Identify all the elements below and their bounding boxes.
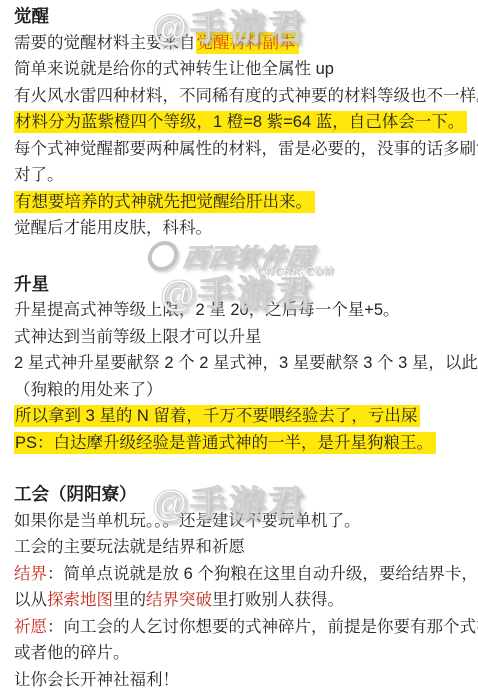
text-line: 如果你是当单机玩。。。还是建议不要玩单机了。 [14, 508, 472, 535]
article-page: @手游君 西西软件园 CNCRK.COM @手游君 @手游君 觉醒 需要的觉醒材… [0, 0, 478, 690]
text-segment: 式神达到当前等级上限才可以升星 [14, 328, 262, 346]
text-line: 材料分为蓝紫橙四个等级，1 橙=8 紫=64 蓝，自己体会一下。 [14, 109, 472, 136]
section-heading-awakening: 觉醒 [14, 3, 472, 30]
text-line: 所以拿到 3 星的 N 留着，千万不要喂经验去了，亏出屎 [14, 403, 472, 430]
highlight-red-segment: 觉醒材料副本 [196, 32, 299, 54]
text-line: 工会的主要玩法就是结界和祈愿 [14, 534, 472, 561]
text-line: 升星提高式神等级上限，2 星 20，之后每一个星+5。 [14, 297, 472, 324]
section-heading-guild: 工会（阴阳寮） [14, 481, 472, 508]
text-segment: 里打败别人获得。 [212, 591, 344, 609]
text-segment: 每个式神觉醒都要两种属性的材料，雷是必要的，没事的话多刷雷就 [14, 140, 478, 158]
text-segment: 有火风水雷四种材料，不同稀有度的式神要的材料等级也不一样。 [14, 87, 478, 105]
text-line: 有想要培养的式神就先把觉醒给肝出来。 [14, 189, 472, 216]
red-term-segment: 结界 [14, 565, 47, 583]
text-line: 祈愿：向工会的人乞讨你想要的式神碎片，前提是你要有那个式神， [14, 614, 472, 641]
text-segment: ：简单点说就是放 6 个狗粮在这里自动升级，要给结界卡，卡可 [47, 565, 478, 583]
text-line: 简单来说就是给你的式神转生让他全属性 up [14, 56, 472, 83]
text-line: 有火风水雷四种材料，不同稀有度的式神要的材料等级也不一样。 [14, 83, 472, 110]
text-segment: 2 星式神升星要献祭 2 个 2 星式神，3 星要献祭 3 个 3 星，以此类推 [14, 354, 478, 372]
text-line: 式神达到当前等级上限才可以升星 [14, 324, 472, 351]
section-star-up: 升星 升星提高式神等级上限，2 星 20，之后每一个星+5。 式神达到当前等级上… [14, 271, 472, 457]
text-line: 需要的觉醒材料主要来自觉醒材料副本 [14, 30, 472, 57]
text-segment: 或者他的碎片。 [14, 644, 130, 662]
text-segment: 需要的觉醒材料主要来自 [14, 34, 196, 52]
text-segment: 简单来说就是给你的式神转生让他全属性 up [14, 60, 334, 78]
section-guild: 工会（阴阳寮） 如果你是当单机玩。。。还是建议不要玩单机了。 工会的主要玩法就是… [14, 481, 472, 690]
red-term-segment: 祈愿 [14, 618, 47, 636]
text-segment: 以从 [14, 591, 47, 609]
text-segment: （狗粮的用处来了） [14, 381, 163, 399]
text-line: 每个式神觉醒都要两种属性的材料，雷是必要的，没事的话多刷雷就 [14, 136, 472, 163]
text-line: 2 星式神升星要献祭 2 个 2 星式神，3 星要献祭 3 个 3 星，以此类推 [14, 350, 472, 377]
text-segment: 升星提高式神等级上限，2 星 20，之后每一个星+5。 [14, 301, 400, 319]
highlight-segment: 有想要培养的式神就先把觉醒给肝出来。 [14, 191, 315, 213]
red-term-segment: 探索地图 [47, 591, 113, 609]
section-heading-star-up: 升星 [14, 271, 472, 298]
text-segment: 工会的主要玩法就是结界和祈愿 [14, 538, 245, 556]
highlight-segment: PS：白达摩升级经验是普通式神的一半，是升星狗粮王。 [14, 432, 436, 454]
text-line: 或者他的碎片。 [14, 640, 472, 667]
article-content: 觉醒 需要的觉醒材料主要来自觉醒材料副本 简单来说就是给你的式神转生让他全属性 … [14, 3, 472, 690]
text-segment: ：向工会的人乞讨你想要的式神碎片，前提是你要有那个式神， [47, 618, 478, 636]
text-segment: 如果你是当单机玩。。。还是建议不要玩单机了。 [14, 512, 361, 530]
highlight-segment: 所以拿到 3 星的 N 留着，千万不要喂经验去了，亏出屎 [14, 405, 420, 427]
red-term-segment: 结界突破 [146, 591, 212, 609]
text-line: （狗粮的用处来了） [14, 377, 472, 404]
text-segment: 对了。 [14, 166, 64, 184]
highlight-segment: 材料分为蓝紫橙四个等级，1 橙=8 紫=64 蓝，自己体会一下。 [14, 111, 467, 133]
text-line: 让你会长开神社福利！ [14, 667, 472, 690]
section-awakening: 觉醒 需要的觉醒材料主要来自觉醒材料副本 简单来说就是给你的式神转生让他全属性 … [14, 3, 472, 242]
text-line: 对了。 [14, 162, 472, 189]
text-line: PS：白达摩升级经验是普通式神的一半，是升星狗粮王。 [14, 430, 472, 457]
text-line: 结界：简单点说就是放 6 个狗粮在这里自动升级，要给结界卡，卡可 [14, 561, 472, 588]
text-segment: 里的 [113, 591, 146, 609]
text-segment: 觉醒后才能用皮肤，科科。 [14, 219, 212, 237]
text-segment: 让你会长开神社福利！ [14, 671, 179, 689]
text-line: 觉醒后才能用皮肤，科科。 [14, 215, 472, 242]
text-line: 以从探索地图里的结界突破里打败别人获得。 [14, 587, 472, 614]
